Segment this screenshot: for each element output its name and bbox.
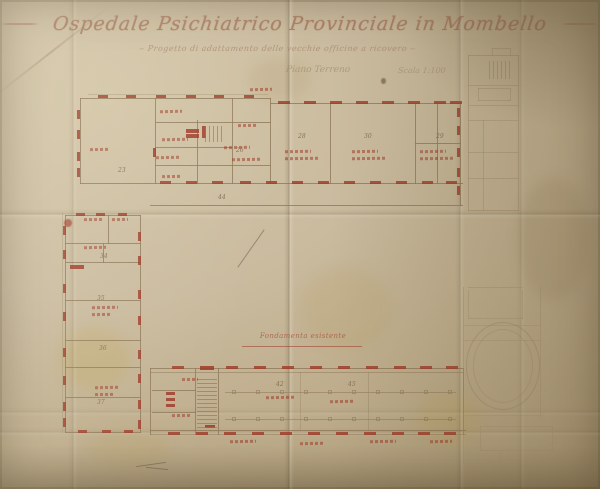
red-opening-mark: [446, 181, 457, 184]
wall-line: [468, 210, 519, 211]
column-mark: [400, 417, 404, 421]
wall-line: [468, 55, 519, 56]
wall-line: [300, 372, 301, 431]
wall-line: [150, 372, 464, 373]
column-mark: [376, 417, 380, 421]
column-mark: [376, 390, 380, 394]
room-number: 35: [97, 296, 105, 302]
red-opening-mark: [457, 108, 460, 117]
red-annotation-script: [92, 306, 118, 309]
red-wall-fill: [166, 398, 175, 401]
red-opening-mark: [457, 186, 460, 195]
red-opening-mark: [96, 213, 105, 216]
red-opening-mark: [214, 95, 224, 98]
wall-line: [155, 98, 156, 184]
red-note-label: Fondamenta esistente: [240, 332, 366, 340]
red-opening-mark: [444, 432, 456, 435]
red-annotation-script: [238, 124, 258, 127]
red-opening-mark: [77, 110, 80, 119]
red-opening-mark: [196, 432, 208, 435]
column-mark: [232, 390, 236, 394]
wall-line: [218, 368, 219, 435]
wall-line: [460, 103, 461, 206]
room-number: 44: [218, 195, 226, 201]
red-opening-mark: [63, 312, 66, 321]
wall-line: [155, 122, 271, 123]
red-opening-mark: [212, 181, 223, 184]
column-mark: [352, 417, 356, 421]
red-opening-mark: [336, 432, 348, 435]
column-mark: [304, 417, 308, 421]
red-opening-mark: [138, 290, 141, 299]
wall-line: [478, 88, 511, 89]
red-wall-fill: [166, 404, 175, 407]
red-opening-mark: [186, 181, 197, 184]
room-number: 45: [348, 382, 356, 388]
wall-line: [270, 98, 271, 184]
red-annotation-script: [92, 313, 112, 316]
wall-line: [150, 368, 464, 369]
wall-line: [468, 55, 469, 211]
red-opening-mark: [63, 348, 66, 357]
wall-line: [80, 98, 271, 99]
wall-line: [368, 372, 369, 431]
red-opening-mark: [338, 366, 350, 369]
red-annotation-script: [95, 386, 119, 389]
red-opening-mark: [63, 250, 66, 259]
red-annotation-script: [330, 400, 354, 403]
room-number: 36: [99, 346, 107, 352]
red-opening-mark: [292, 181, 303, 184]
red-opening-mark: [240, 181, 251, 184]
wall-line: [65, 397, 141, 398]
wall-line: [468, 120, 519, 121]
red-annotation-script: [112, 218, 128, 221]
red-opening-mark: [282, 366, 294, 369]
red-opening-mark: [434, 101, 446, 104]
wall-line: [518, 55, 519, 211]
red-annotation-script: [182, 378, 198, 381]
wall-line: [65, 215, 66, 433]
red-opening-mark: [318, 181, 329, 184]
red-annotation-script: [266, 396, 294, 399]
wall-line: [155, 165, 271, 166]
wall-line: [242, 346, 362, 347]
wall-line: [478, 100, 511, 101]
red-seal-blot: [64, 219, 72, 227]
column-mark: [232, 417, 236, 421]
red-wall-fill: [186, 129, 199, 133]
column-mark: [448, 417, 452, 421]
wall-line: [468, 105, 519, 106]
wall-line: [152, 390, 196, 391]
red-opening-mark: [186, 95, 196, 98]
red-annotation-script: [160, 110, 182, 113]
wall-line: [468, 287, 523, 288]
stair-hatch: [489, 61, 511, 79]
red-opening-mark: [63, 226, 66, 235]
stair-hatch: [205, 126, 223, 142]
red-opening-mark: [224, 432, 236, 435]
pencil-scribble: [237, 229, 264, 267]
red-opening-mark: [457, 126, 460, 135]
red-opening-mark: [396, 181, 407, 184]
red-opening-mark: [77, 168, 80, 177]
red-opening-mark: [408, 101, 420, 104]
wall-line: [480, 426, 553, 427]
column-mark: [424, 417, 428, 421]
red-annotation-script: [420, 150, 446, 153]
red-wall-fill: [166, 392, 175, 395]
red-annotation-script: [352, 150, 378, 153]
red-opening-mark: [254, 366, 266, 369]
red-annotation-script: [285, 157, 319, 161]
room-number: 26: [236, 148, 244, 154]
room-number: 37: [97, 400, 105, 406]
red-opening-mark: [446, 366, 458, 369]
red-opening-mark: [77, 152, 80, 161]
wall-line: [480, 426, 481, 451]
red-opening-mark: [168, 432, 180, 435]
oval-hall-outline: [473, 329, 533, 403]
red-annotation-script: [285, 150, 311, 153]
room-number: 30: [364, 134, 372, 140]
red-opening-mark: [310, 366, 322, 369]
red-opening-mark: [226, 366, 238, 369]
column-mark: [280, 390, 284, 394]
wall-line: [65, 367, 141, 368]
red-opening-mark: [126, 95, 136, 98]
red-annotation-script: [90, 148, 108, 151]
red-annotation-script: [370, 440, 396, 443]
wall-line: [540, 287, 541, 419]
stair-hatch: [197, 376, 217, 428]
column-mark: [352, 390, 356, 394]
red-annotation-script: [84, 218, 104, 221]
red-wall-fill: [70, 265, 84, 269]
red-wall-fill: [200, 366, 214, 370]
floor-plan-canvas: 234426283029343536374245: [0, 0, 600, 489]
red-annotation-script: [250, 88, 272, 91]
red-annotation-script: [352, 157, 386, 161]
red-opening-mark: [450, 101, 462, 104]
red-opening-mark: [160, 181, 171, 184]
column-mark: [328, 417, 332, 421]
red-opening-mark: [392, 432, 404, 435]
wall-line: [108, 215, 109, 244]
red-opening-mark: [63, 284, 66, 293]
column-mark: [304, 390, 308, 394]
red-opening-mark: [138, 232, 141, 241]
wall-line: [150, 205, 463, 206]
red-opening-mark: [344, 181, 355, 184]
red-opening-mark: [366, 366, 378, 369]
red-annotation-script: [95, 393, 113, 396]
red-opening-mark: [266, 181, 277, 184]
red-opening-mark: [394, 366, 406, 369]
wall-line: [552, 426, 553, 451]
room-number: 34: [100, 254, 108, 260]
red-opening-mark: [156, 95, 166, 98]
red-annotation-script: [172, 414, 190, 417]
red-annotation-script: [230, 440, 256, 443]
red-opening-mark: [63, 402, 66, 411]
red-opening-mark: [308, 432, 320, 435]
pencil-scribble: [146, 467, 168, 470]
wall-line: [468, 290, 469, 319]
room-number: 42: [276, 382, 284, 388]
wall-line: [468, 85, 519, 86]
wall-line: [522, 290, 523, 319]
wall-line: [65, 340, 141, 341]
wall-line: [463, 287, 464, 463]
wall-line: [463, 415, 543, 416]
wall-line: [88, 94, 268, 95]
red-opening-mark: [63, 418, 66, 427]
red-opening-mark: [76, 213, 85, 216]
red-opening-mark: [418, 432, 430, 435]
room-number: 23: [118, 168, 126, 174]
room-number: 28: [298, 134, 306, 140]
room-number: 29: [436, 134, 444, 140]
wall-line: [62, 213, 63, 433]
red-opening-mark: [364, 432, 376, 435]
wall-line: [155, 147, 233, 148]
wall-line: [150, 368, 151, 435]
wall-line: [478, 88, 479, 101]
red-opening-mark: [278, 101, 290, 104]
wall-line: [480, 450, 553, 451]
red-annotation-script: [420, 157, 454, 161]
column-mark: [424, 390, 428, 394]
column-mark: [400, 390, 404, 394]
red-annotation-script: [232, 158, 260, 161]
red-opening-mark: [138, 256, 141, 265]
red-opening-mark: [244, 95, 254, 98]
red-opening-mark: [457, 148, 460, 157]
wall-line: [492, 48, 511, 49]
wall-line: [510, 88, 511, 101]
red-annotation-script: [162, 138, 188, 141]
wall-line: [330, 103, 331, 184]
red-opening-mark: [382, 101, 394, 104]
red-opening-mark: [138, 374, 141, 383]
wall-line: [468, 152, 519, 153]
red-opening-mark: [98, 95, 108, 98]
drawing-sheet: Ospedale Psichiatrico Provinciale in Mom…: [0, 0, 600, 489]
wall-line: [150, 430, 466, 431]
wall-line: [468, 318, 523, 319]
red-opening-mark: [102, 430, 111, 433]
column-mark: [256, 390, 260, 394]
red-annotation-script: [84, 246, 106, 249]
red-opening-mark: [420, 366, 432, 369]
red-opening-mark: [118, 213, 127, 216]
wall-line: [232, 98, 233, 184]
red-opening-mark: [78, 430, 87, 433]
red-opening-mark: [124, 430, 133, 433]
wall-line: [80, 98, 81, 184]
red-opening-mark: [457, 168, 460, 177]
wall-line: [468, 178, 519, 179]
red-annotation-script: [156, 156, 180, 159]
column-mark: [448, 390, 452, 394]
column-mark: [256, 417, 260, 421]
red-opening-mark: [138, 400, 141, 409]
red-opening-mark: [63, 376, 66, 385]
red-opening-mark: [138, 420, 141, 429]
pencil-scribble: [136, 462, 166, 467]
red-opening-mark: [422, 181, 433, 184]
red-opening-mark: [138, 316, 141, 325]
red-opening-mark: [280, 432, 292, 435]
red-opening-mark: [356, 101, 368, 104]
wall-line: [520, 452, 521, 465]
column-mark: [328, 390, 332, 394]
red-annotation-script: [430, 440, 452, 443]
wall-line: [500, 452, 501, 465]
wall-line: [510, 48, 511, 56]
red-opening-mark: [138, 350, 141, 359]
red-opening-mark: [330, 101, 342, 104]
red-opening-mark: [370, 181, 381, 184]
red-opening-mark: [304, 101, 316, 104]
column-mark: [280, 417, 284, 421]
red-annotation-script: [300, 442, 324, 445]
red-annotation-script: [162, 175, 182, 178]
wall-line: [415, 143, 461, 144]
wall-line: [492, 48, 493, 56]
red-opening-mark: [252, 432, 264, 435]
red-opening-mark: [77, 130, 80, 139]
wall-line: [483, 120, 484, 211]
red-opening-mark: [172, 366, 184, 369]
